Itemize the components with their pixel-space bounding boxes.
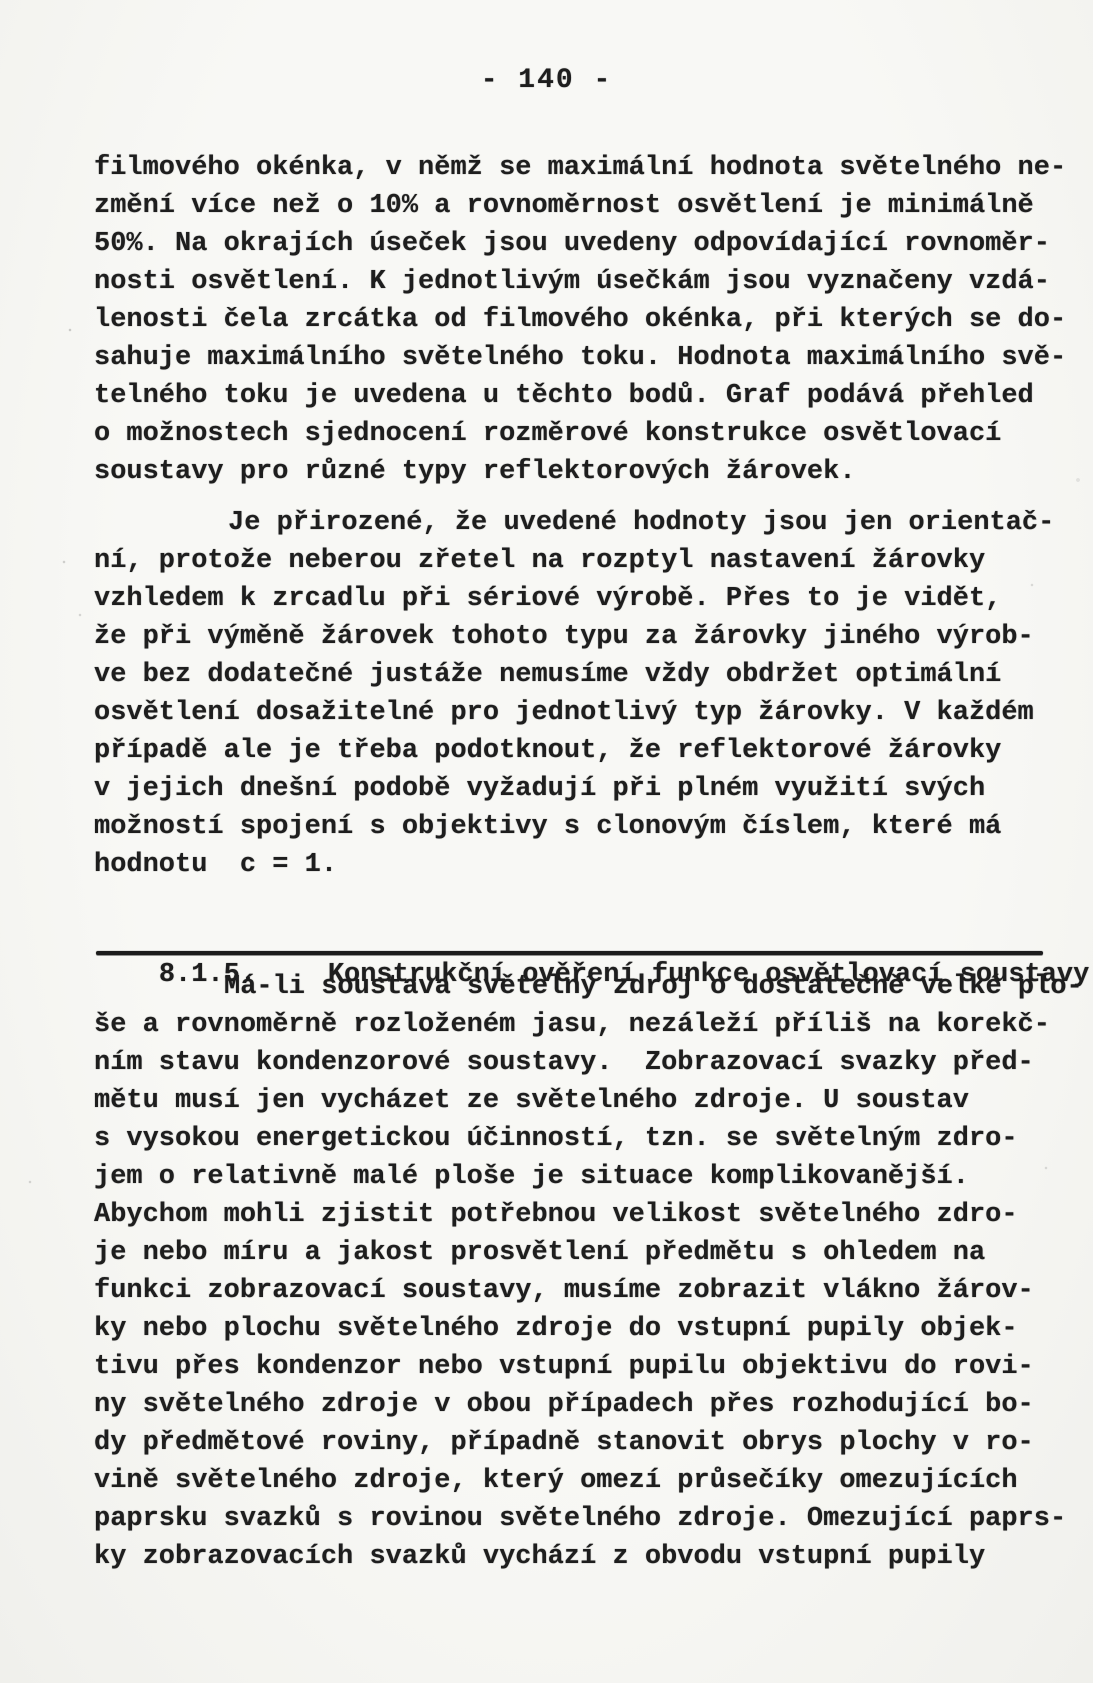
body-paragraph-1: filmového okénka, v němž se maximální ho… xyxy=(94,149,1093,491)
body-paragraph-3: Má-li soustava světelný zdroj o dostateč… xyxy=(94,968,1093,1576)
page-number: - 140 - xyxy=(0,62,1093,100)
heading-underline xyxy=(96,951,1043,955)
body-paragraph-2: Je přirozené, že uvedené hodnoty jsou je… xyxy=(94,504,1093,884)
scanned-document-page: - 140 - filmového okénka, v němž se maxi… xyxy=(0,0,1093,1683)
